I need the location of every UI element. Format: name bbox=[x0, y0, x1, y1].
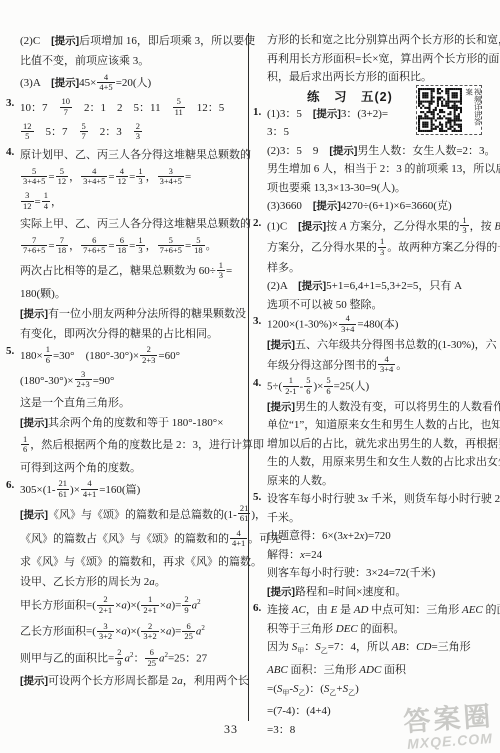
right-column: 方形的长和宽之比分别算出两个长方形的长和宽，再利用长方形面积=长×宽，算出两个长… bbox=[253, 31, 499, 739]
fraction-numerator: 5 bbox=[80, 122, 88, 131]
item-number: 4. bbox=[253, 377, 261, 389]
fraction-denominator: 3+2 bbox=[97, 631, 114, 641]
item-number: 4. bbox=[6, 146, 14, 158]
fraction-numerator: 5 bbox=[21, 167, 47, 176]
fraction: 312 bbox=[21, 191, 34, 211]
fraction-denominator: 2+3 bbox=[75, 379, 92, 389]
text-line: ABC 面积：三角形 ADC 面积 bbox=[267, 661, 499, 680]
fraction: 12+1 bbox=[141, 595, 158, 615]
fraction-numerator: 5 bbox=[158, 236, 184, 245]
fraction-denominator: 4+1 bbox=[81, 489, 98, 499]
answer-block: 2.(1)C [提示]按 A 方案分，乙分得水果的13，按 B方案分，乙分得水果… bbox=[253, 216, 499, 315]
fraction: 43+4 bbox=[378, 355, 395, 375]
answer-block: 3.1200×(1-30%)×43+4=480(本)[提示]五、六年级共分得图书… bbox=[253, 314, 499, 376]
text-line: (180°-30°)×32+3=90° bbox=[20, 369, 246, 394]
text-line: [提示]男生的人数没有变，可以将男生的人数看作 bbox=[267, 398, 499, 417]
fraction: 43+4 bbox=[339, 314, 356, 334]
hint-label: [提示] bbox=[20, 675, 48, 687]
text-line: 设客车每小时行驶 3x 千米，则货车每小时行驶 2x bbox=[267, 490, 499, 509]
math-variable: ABC bbox=[267, 664, 288, 676]
math-variable: x bbox=[363, 493, 368, 505]
fraction-numerator: 1 bbox=[42, 191, 50, 200]
text-line: (2)3：5 9 [提示]男生人数：女生人数=2：3。 bbox=[267, 142, 499, 161]
fraction: 23 bbox=[134, 122, 142, 142]
fraction: 56 bbox=[324, 376, 332, 396]
fraction-numerator: 4 bbox=[81, 479, 98, 488]
text-line: 这是一个直角三角形。 bbox=[20, 393, 246, 413]
text-line: 原来的人数。 bbox=[267, 472, 499, 491]
text-line: (1)C [提示]按 A 方案分，乙分得水果的13，按 B bbox=[267, 216, 499, 238]
hint-label: [提示] bbox=[20, 308, 48, 320]
item-number: 3. bbox=[253, 315, 261, 327]
hint-label: [提示] bbox=[329, 145, 357, 157]
math-variable: B bbox=[494, 220, 500, 232]
fraction: 77+6+5 bbox=[21, 236, 47, 256]
math-variable: AD bbox=[354, 604, 369, 616]
text-line: 样多。 bbox=[267, 259, 499, 278]
fraction: 13 bbox=[136, 236, 144, 256]
text-line: 项也要乘 13,3×13-30=9(人)。 bbox=[267, 179, 499, 198]
answer-block: 4.原计划甲、乙、丙三人各分得这堆糖果总颗数的53+4+5=512，43+4+5… bbox=[6, 145, 246, 344]
fraction-denominator: 6 bbox=[304, 386, 312, 396]
fraction-numerator: 1 bbox=[217, 261, 225, 270]
fraction: 2161 bbox=[57, 479, 70, 499]
watermark: 答案圈 MXQE.COM bbox=[403, 702, 496, 752]
text-line: 解得：x=24 bbox=[267, 546, 499, 565]
fraction-numerator: 5 bbox=[56, 167, 69, 176]
fraction-denominator: 18 bbox=[192, 245, 205, 255]
math-variable: x bbox=[359, 530, 364, 542]
text-line: 男生增加 6 人，相当于 2：3 的前项乘 13，所以后 bbox=[267, 160, 499, 179]
qr-caption: 视频详讲答案 bbox=[464, 88, 481, 132]
text-line: 增加以后的占比，就先求出男生的人数，再根据男 bbox=[267, 435, 499, 454]
fraction-denominator: 3+4 bbox=[378, 364, 395, 374]
fraction-denominator: 5 bbox=[21, 131, 34, 141]
fraction-denominator: 3 bbox=[378, 247, 386, 257]
fraction-denominator: 12 bbox=[21, 201, 34, 211]
answer-block: 设甲、乙长方形的周长为 2a。甲长方形面积=(22+1×a)×(12+1×a)=… bbox=[6, 572, 246, 691]
text-line: 再利用长方形面积=长×宽，算出两个长方形的面 bbox=[267, 50, 499, 69]
hint-label: [提示] bbox=[51, 77, 79, 89]
math-variable: a bbox=[149, 576, 155, 588]
text-line: 305×(1-2161)×44+1=160(篇) bbox=[20, 478, 246, 503]
hint-label: [提示] bbox=[51, 35, 79, 47]
page-number: 33 bbox=[224, 722, 238, 737]
left-column: (2)C [提示]后项增加 16，即后项乘 3，所以要使比值不变，前项应该乘 3… bbox=[6, 31, 246, 691]
fraction: 33+2 bbox=[97, 622, 114, 642]
superscript: 2 bbox=[164, 651, 168, 659]
fraction: 44+1 bbox=[230, 529, 247, 549]
text-line: 125 5：7 57 2：3 23 bbox=[20, 120, 246, 145]
fraction: 125 bbox=[21, 122, 34, 142]
fraction-numerator: 12 bbox=[21, 122, 34, 131]
text-line: 《风》的篇数占《风》与《颂》的篇数和的44+1。可先 bbox=[20, 527, 246, 552]
fraction-numerator: 1 bbox=[44, 345, 52, 354]
fraction-numerator: 21 bbox=[57, 479, 70, 488]
subscript: 乙 bbox=[321, 648, 328, 656]
text-line: (2)C [提示]后项增加 16，即后项乘 3，所以要使 bbox=[20, 31, 246, 51]
fraction-numerator: 4 bbox=[97, 73, 114, 82]
fraction-denominator: 18 bbox=[116, 245, 129, 255]
fraction-denominator: 3 bbox=[136, 245, 144, 255]
fraction-denominator: 3+4 bbox=[339, 324, 356, 334]
fraction: 512 bbox=[56, 167, 69, 187]
hint-label: [提示] bbox=[267, 401, 295, 413]
hint-label: [提示] bbox=[313, 108, 341, 120]
fraction-numerator: 7 bbox=[56, 236, 69, 245]
fraction-numerator: 3 bbox=[158, 167, 184, 176]
fraction-denominator: 3 bbox=[460, 225, 468, 235]
column-divider bbox=[248, 33, 249, 721]
fraction: 16 bbox=[21, 435, 29, 455]
math-variable: a bbox=[166, 626, 172, 638]
fraction-denominator: 7 bbox=[80, 131, 88, 141]
fraction-denominator: 4 bbox=[42, 201, 50, 211]
fraction-numerator: 1 bbox=[378, 237, 386, 246]
text-line: 方形的长和宽之比分别算出两个长方形的长和宽， bbox=[267, 31, 499, 50]
subscript: 甲 bbox=[282, 689, 289, 697]
fraction-numerator: 3 bbox=[21, 191, 34, 200]
fraction-numerator: 4 bbox=[81, 167, 107, 176]
fraction: 13 bbox=[217, 261, 225, 281]
fraction-denominator: 2+3 bbox=[140, 355, 157, 365]
fraction-denominator: 6 bbox=[44, 355, 52, 365]
fraction-numerator: 3 bbox=[97, 622, 114, 631]
text-line: =(S甲-S乙)：(S乙+S乙) bbox=[267, 680, 499, 703]
fraction: 33+4+5 bbox=[158, 167, 184, 187]
answer-block: 3.10：7 107 2：1 2 5：11 511 12：5125 5：7 57… bbox=[6, 96, 246, 145]
text-line: [提示]路程和=时间×速度和。 bbox=[267, 583, 499, 602]
fraction: 22+3 bbox=[140, 345, 157, 365]
fraction-denominator: 3+2 bbox=[141, 631, 158, 641]
fraction: 14 bbox=[42, 191, 50, 211]
fraction-numerator: 6 bbox=[182, 622, 195, 631]
qr-code-icon bbox=[418, 88, 462, 132]
fraction-numerator: 1 bbox=[136, 167, 144, 176]
text-line: (3)A [提示]45×44+5=20(人) bbox=[20, 71, 246, 96]
text-line: 16，然后根据两个角的度数比是 2：3，进行计算即 bbox=[20, 433, 246, 458]
item-number: 5. bbox=[6, 345, 14, 357]
text-line: (3)3660 [提示]4270÷(6+1)×6=3660(克) bbox=[267, 197, 499, 216]
math-variable: AC bbox=[292, 604, 306, 616]
item-number: 6. bbox=[6, 479, 14, 491]
text-line: 两次占比相等的是乙，糖果总颗数为 60÷13= bbox=[20, 259, 246, 284]
fraction: 29 bbox=[115, 648, 123, 668]
fraction: 32+3 bbox=[75, 370, 92, 390]
fraction-numerator: 7 bbox=[21, 236, 47, 245]
item-number: 6. bbox=[253, 602, 261, 614]
math-variable: a bbox=[121, 626, 127, 638]
math-variable: CD bbox=[416, 641, 431, 653]
text-line: 则客车每小时行驶：3×24=72(千米) bbox=[267, 564, 499, 583]
item-number: 2. bbox=[253, 217, 261, 229]
fraction-denominator: 4+1 bbox=[230, 538, 247, 548]
hint-label: [提示] bbox=[267, 339, 295, 351]
fraction: 412 bbox=[116, 167, 129, 187]
fraction-numerator: 2 bbox=[134, 122, 142, 131]
fraction-denominator: 2-1 bbox=[283, 386, 298, 396]
fraction-numerator: 6 bbox=[116, 236, 129, 245]
answer-block: 5.设客车每小时行驶 3x 千米，则货车每小时行驶 2x千米。由题意得：6×(3… bbox=[253, 490, 499, 601]
fraction-numerator: 6 bbox=[81, 236, 107, 245]
fraction-numerator: 1 bbox=[460, 216, 468, 225]
fraction: 13 bbox=[460, 216, 468, 236]
text-line: [提示]可设两个长方形周长都是 2a，利用两个长 bbox=[20, 671, 246, 691]
fraction: 618 bbox=[116, 236, 129, 256]
text-line: 甲长方形面积=(22+1×a)×(12+1×a)=29a2 bbox=[20, 592, 246, 618]
fraction-numerator: 3 bbox=[75, 370, 92, 379]
text-line: 比值不变，前项应该乘 3。 bbox=[20, 51, 246, 71]
fraction-numerator: 1 bbox=[283, 376, 298, 385]
math-variable: ADC bbox=[359, 664, 381, 676]
answer-block: 6.305×(1-2161)×44+1=160(篇)[提示]《风》与《颂》的篇数… bbox=[6, 478, 246, 572]
fraction-numerator: 5 bbox=[192, 236, 205, 245]
hint-label: [提示] bbox=[313, 200, 341, 212]
hint-label: [提示] bbox=[298, 220, 326, 232]
math-variable: E bbox=[331, 604, 338, 616]
text-line: [提示]其余两个角的度数和等于 180°-180°× bbox=[20, 413, 246, 433]
text-line: 积，最后求出两长方形的面积比。 bbox=[267, 68, 499, 87]
text-line: (2)A [提示]5+1=6,4+1=5,3+2=5，只有 A bbox=[267, 277, 499, 296]
superscript: 2 bbox=[201, 624, 205, 632]
fraction-denominator: 2+1 bbox=[97, 605, 114, 615]
math-variable: AEC bbox=[462, 604, 483, 616]
fraction: 12-1 bbox=[283, 376, 298, 396]
subscript: 乙 bbox=[329, 689, 336, 697]
math-variable: DEC bbox=[336, 623, 358, 635]
fraction-denominator: 3+4+5 bbox=[158, 176, 184, 186]
math-variable: x bbox=[343, 530, 348, 542]
text-line: 77+6+5=718，67+6+5=618=13，57+6+5=518。 bbox=[20, 234, 246, 259]
math-variable: AB bbox=[392, 641, 405, 653]
text-line: 5÷(12-1-56)×56=25(人) bbox=[267, 376, 499, 398]
text-line: 180×16=30° (180°-30°)×22+3=60° bbox=[20, 344, 246, 369]
fraction: 518 bbox=[192, 236, 205, 256]
text-line: 设甲、乙长方形的周长为 2a。 bbox=[20, 572, 246, 592]
fraction-denominator: 6 bbox=[324, 386, 332, 396]
superscript: 2 bbox=[130, 651, 134, 659]
fraction-numerator: 4 bbox=[116, 167, 129, 176]
text-line: 积等于三角形 DEC 的面积。 bbox=[267, 620, 499, 639]
fraction-numerator: 2 bbox=[141, 622, 158, 631]
subscript: 乙 bbox=[299, 689, 306, 697]
fraction-denominator: 3 bbox=[217, 270, 225, 280]
fraction: 23+2 bbox=[141, 622, 158, 642]
math-variable: a bbox=[177, 675, 183, 687]
text-line: 可得到这两个角的度数。 bbox=[20, 458, 246, 478]
hint-label: [提示] bbox=[20, 417, 48, 429]
fraction-denominator: 3 bbox=[136, 176, 144, 186]
fraction: 13 bbox=[136, 167, 144, 187]
fraction-numerator: 10 bbox=[60, 97, 73, 106]
fraction-numerator: 1 bbox=[141, 595, 158, 604]
hint-label: [提示] bbox=[298, 280, 326, 292]
text-line: 选项不可以被 50 整除。 bbox=[267, 296, 499, 315]
text-line: [提示]有一位小朋友两种分法所得的糖果颗数没 bbox=[20, 304, 246, 324]
text-line: 实际上甲、乙、丙三人各分得这堆糖果总颗数的 bbox=[20, 214, 246, 234]
fraction: 67+6+5 bbox=[81, 236, 107, 256]
answer-block: 5.180×16=30° (180°-30°)×22+3=60°(180°-30… bbox=[6, 344, 246, 478]
item-number: 5. bbox=[253, 491, 261, 503]
text-line: 求《风》与《颂》的篇数和，再求《风》的篇数。 bbox=[20, 552, 246, 572]
fraction-denominator: 3+4+5 bbox=[81, 176, 107, 186]
math-variable: a bbox=[166, 600, 172, 612]
fraction-numerator: 4 bbox=[378, 355, 395, 364]
fraction-numerator: 2 bbox=[97, 595, 114, 604]
text-line: 10：7 107 2：1 2 5：11 511 12：5 bbox=[20, 96, 246, 121]
fraction-denominator: 9 bbox=[115, 658, 123, 668]
math-variable: A bbox=[340, 220, 347, 232]
text-line: 180(颗)。 bbox=[20, 284, 246, 304]
fraction-denominator: 9 bbox=[182, 605, 190, 615]
fraction-numerator: 5 bbox=[304, 376, 312, 385]
fraction: 43+4+5 bbox=[81, 167, 107, 187]
text-line: [提示]五、六年级共分得图书总数的(1-30%)，六 bbox=[267, 336, 499, 355]
text-line: 312=14， bbox=[20, 190, 246, 215]
fraction: 44+5 bbox=[97, 73, 114, 93]
fraction-denominator: 7 bbox=[60, 107, 73, 117]
text-line: 连接 AC，由 E 是 AD 中点可知：三角形 AEC 的面 bbox=[267, 601, 499, 620]
answer-block: 4.5÷(12-1-56)×56=25(人)[提示]男生的人数没有变，可以将男生… bbox=[253, 376, 499, 490]
hint-label: [提示] bbox=[267, 586, 295, 598]
fraction: 625 bbox=[145, 648, 158, 668]
text-line: 生的人数，用原来男生和女生人数的占比求出女生 bbox=[267, 453, 499, 472]
text-line: 乙长方形面积=(33+2×a)×(23+2×a)=625a2 bbox=[20, 618, 246, 644]
workbook-page: (2)C [提示]后项增加 16，即后项乘 3，所以要使比值不变，前项应该乘 3… bbox=[0, 0, 500, 753]
hint-label: [提示] bbox=[20, 508, 48, 520]
text-line: 原计划甲、乙、丙三人各分得这堆糖果总颗数的 bbox=[20, 145, 246, 165]
fraction-denominator: 25 bbox=[145, 658, 158, 668]
fraction-denominator: 11 bbox=[173, 107, 185, 117]
math-variable: x bbox=[300, 549, 305, 561]
fraction-denominator: 6 bbox=[21, 444, 29, 454]
text-line: 有变化，即两次分得的糖果的占比相同。 bbox=[20, 324, 246, 344]
text-line: 则甲与乙的面积比=29a2：625a2=25：27 bbox=[20, 645, 246, 671]
fraction: 57 bbox=[80, 122, 88, 142]
fraction-numerator: 4 bbox=[339, 314, 356, 323]
fraction-denominator: 4+5 bbox=[97, 82, 114, 92]
text-line: 年级分得这部分图书的43+4。 bbox=[267, 355, 499, 377]
subscript: 乙 bbox=[348, 689, 355, 697]
answer-block: (2)C [提示]后项增加 16，即后项乘 3，所以要使比值不变，前项应该乘 3… bbox=[6, 31, 246, 96]
fraction-denominator: 7+6+5 bbox=[81, 245, 107, 255]
text-line: 1200×(1-30%)×43+4=480(本) bbox=[267, 314, 499, 336]
fraction-denominator: 61 bbox=[57, 489, 70, 499]
fraction-numerator: 1 bbox=[21, 435, 29, 444]
fraction-numerator: 5 bbox=[173, 97, 185, 106]
fraction: 718 bbox=[56, 236, 69, 256]
fraction: 511 bbox=[173, 97, 185, 117]
fraction: 22+1 bbox=[97, 595, 114, 615]
answer-block: 方形的长和宽之比分别算出两个长方形的长和宽，再利用长方形面积=长×宽，算出两个长… bbox=[253, 31, 499, 87]
fraction: 57+6+5 bbox=[158, 236, 184, 256]
fraction-denominator: 3 bbox=[134, 131, 142, 141]
fraction-denominator: 7+6+5 bbox=[21, 245, 47, 255]
item-number: 3. bbox=[6, 97, 14, 109]
text-line: [提示]《风》与《颂》的篇数和是总篇数的(1-2161)， bbox=[20, 503, 246, 528]
fraction-numerator: 2 bbox=[182, 595, 190, 604]
fraction: 16 bbox=[44, 345, 52, 365]
text-line: 53+4+5=512，43+4+5=412=13，33+4+5= bbox=[20, 165, 246, 190]
fraction-denominator: 12 bbox=[56, 176, 69, 186]
fraction: 29 bbox=[182, 595, 190, 615]
fraction-numerator: 6 bbox=[145, 648, 158, 657]
fraction-numerator: 5 bbox=[324, 376, 332, 385]
math-variable: a bbox=[121, 600, 127, 612]
subscript: 甲 bbox=[297, 648, 304, 656]
fraction-denominator: 3+4+5 bbox=[21, 176, 47, 186]
fraction-denominator: 12 bbox=[116, 176, 129, 186]
fraction: 56 bbox=[304, 376, 312, 396]
fraction-denominator: 18 bbox=[56, 245, 69, 255]
text-line: 由题意得：6×(3x+2x)=720 bbox=[267, 527, 499, 546]
superscript: 2 bbox=[197, 598, 201, 606]
fraction-numerator: 1 bbox=[136, 236, 144, 245]
fraction-numerator: 2 bbox=[140, 345, 157, 354]
text-line: 因为 S甲：S乙=7：4，所以 AB：CD=三角形 bbox=[267, 638, 499, 661]
fraction: 107 bbox=[60, 97, 73, 117]
fraction-denominator: 2+1 bbox=[141, 605, 158, 615]
fraction-numerator: 2 bbox=[115, 648, 123, 657]
fraction-denominator: 25 bbox=[182, 631, 195, 641]
fraction: 13 bbox=[378, 237, 386, 257]
fraction: 625 bbox=[182, 622, 195, 642]
text-line: 方案分，乙分得水果的13。故两种方案乙分得的一 bbox=[267, 237, 499, 259]
text-line: 单位“1”，知道原来女生和男生人数的占比，也知道 bbox=[267, 416, 499, 435]
qr-block: 视频详讲答案 bbox=[416, 85, 482, 135]
fraction: 44+1 bbox=[81, 479, 98, 499]
fraction-denominator: 7+6+5 bbox=[158, 245, 184, 255]
fraction: 53+4+5 bbox=[21, 167, 47, 187]
fraction-numerator: 4 bbox=[230, 529, 247, 538]
item-number: 1. bbox=[253, 106, 261, 118]
text-line: 千米。 bbox=[267, 509, 499, 528]
